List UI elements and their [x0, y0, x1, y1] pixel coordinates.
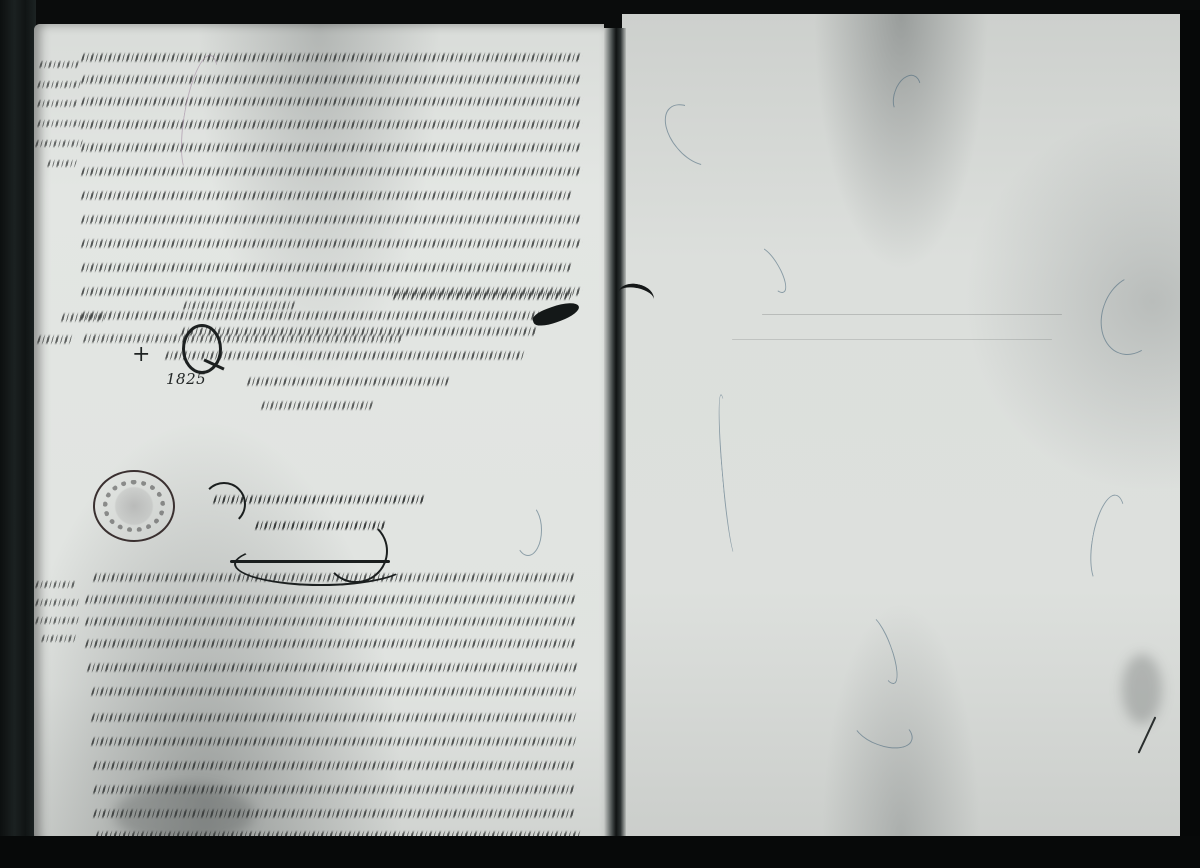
paper-fiber: [860, 613, 903, 687]
left-page: [illegible handwritten marriage record] …: [34, 24, 604, 852]
paper-fiber: [750, 243, 792, 297]
paper-fiber: [174, 52, 227, 178]
ink-stain: [1122, 654, 1162, 724]
official-seal: [illegible stamp text]: [93, 470, 175, 542]
paper-fiber: [888, 71, 927, 119]
seal-inner-ring: [103, 480, 165, 532]
paper-fiber: [514, 504, 542, 556]
margin-note-closing: [36, 334, 76, 345]
bleed-through-line: [732, 339, 1052, 340]
paper-fiber: [715, 394, 741, 556]
signature-flourish: [531, 298, 582, 329]
paper-fiber: [1090, 266, 1176, 364]
book-gutter: [604, 28, 626, 838]
signature-entry-1-right: [392, 290, 576, 301]
closing-signature-2: [260, 400, 374, 411]
closing-note-year: 1825: [166, 370, 206, 388]
closing-signature-1: [246, 376, 450, 387]
right-page-blank: [622, 14, 1180, 836]
paper-fiber: [654, 94, 732, 176]
signature-entry-1-left: [60, 312, 106, 323]
cross-mark: +: [132, 342, 150, 367]
page-stain: [114, 784, 254, 844]
signature-entry-1-center: [182, 300, 296, 311]
paper-fiber: [1084, 492, 1131, 588]
closing-note-line-1: [180, 326, 538, 337]
bottom-border: [0, 836, 1200, 868]
closing-note-line-2: [164, 350, 528, 361]
right-border: [1180, 10, 1200, 868]
book-binding: [0, 0, 36, 868]
paper-fiber: [848, 704, 917, 755]
bleed-through-line: [762, 314, 1062, 315]
